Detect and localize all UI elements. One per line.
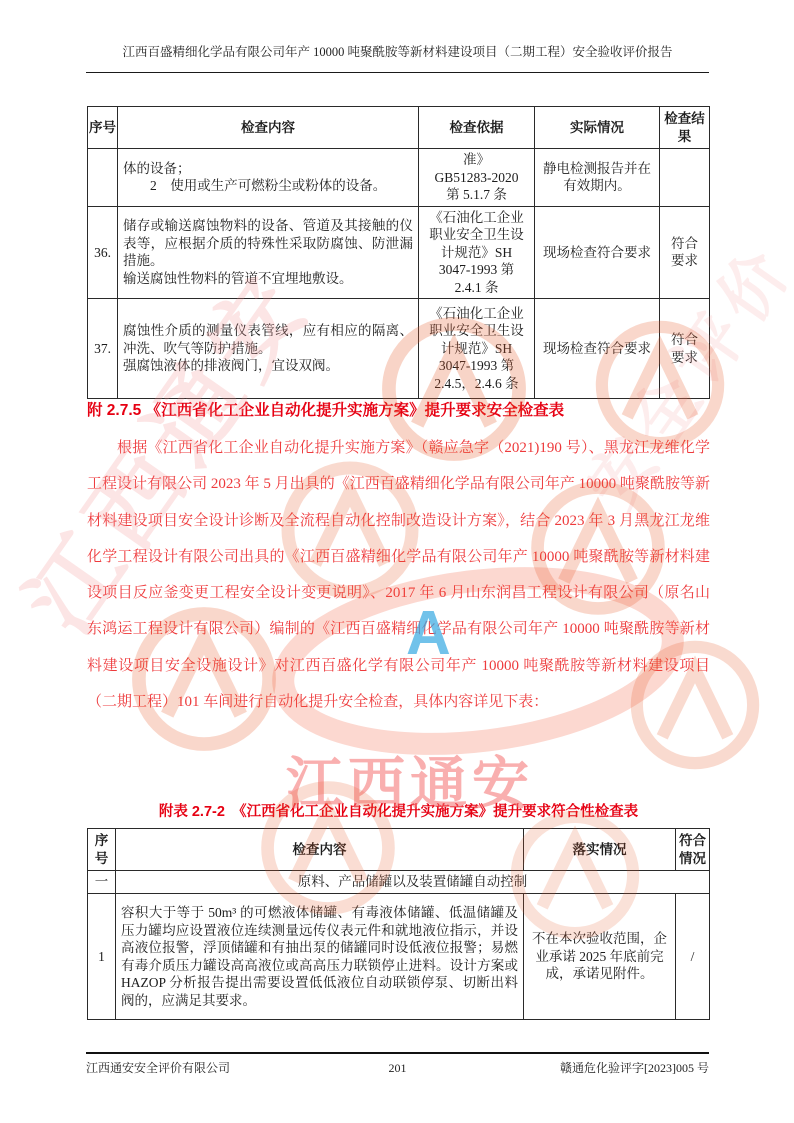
cell-no: 1 xyxy=(88,894,116,1020)
report-header-title: 江西百盛精细化学品有限公司年产 10000 吨聚酰胺等新材料建设项目（二期工程）… xyxy=(86,44,709,60)
col-header-result: 检查结果 xyxy=(660,107,710,149)
document-page: 江西百盛精细化学品有限公司年产 10000 吨聚酰胺等新材料建设项目（二期工程）… xyxy=(0,0,794,1123)
page-footer: 江西通安安全评价有限公司 201 赣通危化验评字[2023]005 号 xyxy=(86,1052,709,1076)
footer-page-number: 201 xyxy=(294,1061,502,1076)
page-content: 江西百盛精细化学品有限公司年产 10000 吨聚酰胺等新材料建设项目（二期工程）… xyxy=(0,0,794,1123)
cell-basis: 《石油化工企业职业安全卫生设计规范》SH 3047-1993 第 2.4.1 条 xyxy=(419,206,535,299)
cell-basis: 《石油化工企业职业安全卫生设计规范》SH 3047-1993 第 2.4.5，2… xyxy=(419,299,535,399)
table-row: 体的设备； 2 使用或生产可燃粉尘或粉体的设备。 准》 GB51283-2020… xyxy=(88,149,710,207)
cell-content: 腐蚀性介质的测量仪表管线，应有相应的隔离、冲洗、吹气等防护措施。 强腐蚀液体的排… xyxy=(118,299,419,399)
col-header-content: 检查内容 xyxy=(118,107,419,149)
col-header-content: 检查内容 xyxy=(116,829,524,871)
group-no: 一 xyxy=(88,871,116,894)
cell-no xyxy=(88,149,118,207)
footer-company: 江西通安安全评价有限公司 xyxy=(86,1059,294,1076)
table-header-row: 序号 检查内容 落实情况 符合情况 xyxy=(88,829,710,871)
col-header-no: 序号 xyxy=(88,107,118,149)
footer-doc-number: 赣通危化验评字[2023]005 号 xyxy=(501,1059,709,1076)
table-row: 1 容积大于等于 50m³ 的可燃液体储罐、有毒液体储罐、低温储罐及压力罐均应设… xyxy=(88,894,710,1020)
col-header-status: 落实情况 xyxy=(524,829,676,871)
cell-actual: 现场检查符合要求 xyxy=(535,299,660,399)
safety-check-table: 序号 检查内容 检查依据 实际情况 检查结果 体的设备； 2 使用或生产可燃粉尘… xyxy=(87,106,710,399)
group-title: 原料、产品储罐以及装置储罐自动控制 xyxy=(116,871,710,894)
table2-caption: 附表 2.7-2 《江西省化工企业自动化提升实施方案》提升要求符合性检查表 xyxy=(87,800,710,821)
col-header-no: 序号 xyxy=(88,829,116,871)
section-paragraph: 根据《江西省化工企业自动化提升实施方案》（赣应急字（2021)190 号）、黑龙… xyxy=(87,430,710,720)
col-header-basis: 检查依据 xyxy=(419,107,535,149)
section-heading: 附 2.7.5 《江西省化工企业自动化提升实施方案》提升要求安全检查表 xyxy=(87,398,727,420)
table-header-row: 序号 检查内容 检查依据 实际情况 检查结果 xyxy=(88,107,710,149)
cell-basis: 准》 GB51283-2020 第 5.1.7 条 xyxy=(419,149,535,207)
cell-result: / xyxy=(676,894,710,1020)
cell-actual: 现场检查符合要求 xyxy=(535,206,660,299)
cell-no: 36. xyxy=(88,206,118,299)
cell-no: 37. xyxy=(88,299,118,399)
cell-content: 体的设备； 2 使用或生产可燃粉尘或粉体的设备。 xyxy=(118,149,419,207)
cell-result: 符合要求 xyxy=(660,206,710,299)
conformity-check-table: 序号 检查内容 落实情况 符合情况 一 原料、产品储罐以及装置储罐自动控制 1 … xyxy=(87,828,710,1020)
cell-content: 容积大于等于 50m³ 的可燃液体储罐、有毒液体储罐、低温储罐及压力罐均应设置液… xyxy=(116,894,524,1020)
table-row: 37. 腐蚀性介质的测量仪表管线，应有相应的隔离、冲洗、吹气等防护措施。 强腐蚀… xyxy=(88,299,710,399)
table-row: 36. 储存或输送腐蚀物料的设备、管道及其接触的仪表等，应根据介质的特殊性采取防… xyxy=(88,206,710,299)
cell-status: 不在本次验收范围，企业承诺 2025 年底前完成，承诺见附件。 xyxy=(524,894,676,1020)
col-header-result: 符合情况 xyxy=(676,829,710,871)
cell-result xyxy=(660,149,710,207)
cell-content: 储存或输送腐蚀物料的设备、管道及其接触的仪表等，应根据介质的特殊性采取防腐蚀、防… xyxy=(118,206,419,299)
col-header-actual: 实际情况 xyxy=(535,107,660,149)
cell-result: 符合要求 xyxy=(660,299,710,399)
header-rule xyxy=(86,72,709,73)
cell-actual: 静电检测报告并在有效期内。 xyxy=(535,149,660,207)
group-row: 一 原料、产品储罐以及装置储罐自动控制 xyxy=(88,871,710,894)
